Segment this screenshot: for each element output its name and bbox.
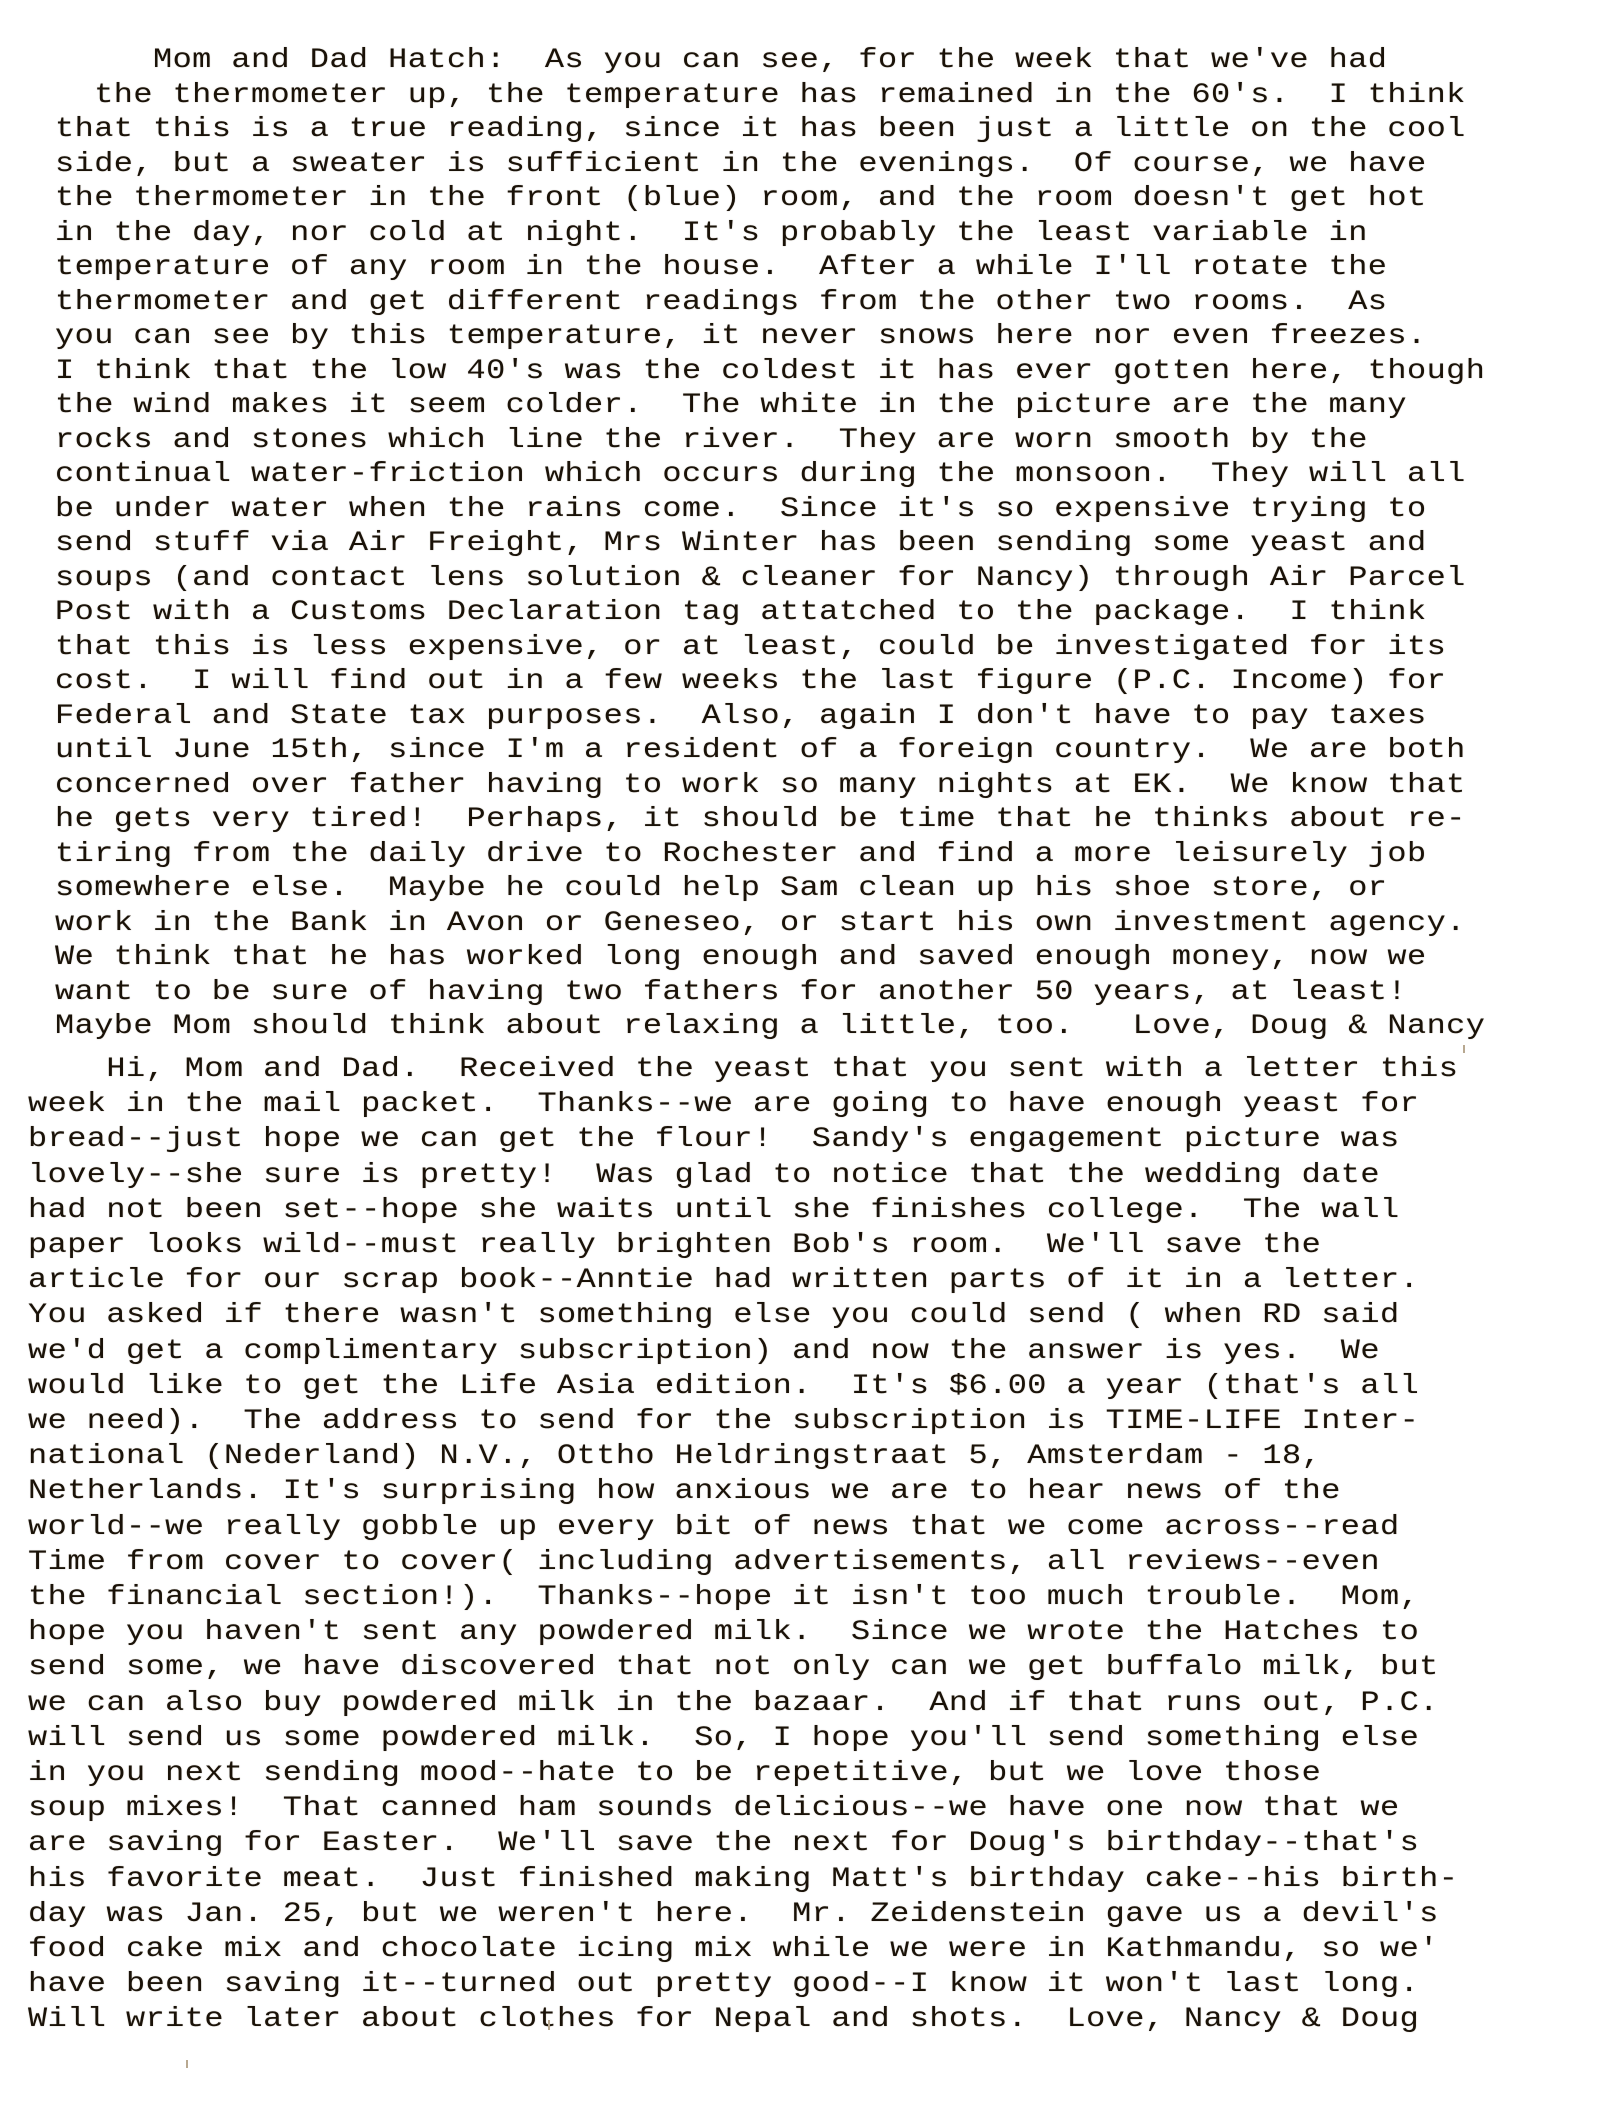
text-line: national (Nederland) N.V., Ottho Heldrin…: [28, 1440, 1321, 1473]
text-line: tiring from the daily drive to Rochester…: [55, 838, 1427, 871]
text-line: week in the mail packet. Thanks--we are …: [28, 1088, 1419, 1121]
text-line: article for our scrap book--Anntie had w…: [28, 1264, 1419, 1297]
text-line: world--we really gobble up every bit of …: [28, 1511, 1400, 1544]
text-line: We think that he has worked long enough …: [55, 941, 1427, 974]
text-line: Mom and Dad Hatch: As you can see, for t…: [55, 44, 1387, 77]
text-line: would like to get the Life Asia edition.…: [28, 1370, 1419, 1403]
text-line: the financial section!). Thanks--hope it…: [28, 1581, 1419, 1614]
text-line: are saving for Easter. We'll save the ne…: [28, 1827, 1419, 1860]
text-line: Maybe Mom should think about relaxing a …: [55, 1010, 1485, 1043]
text-line: have been saving it--turned out pretty g…: [28, 1968, 1419, 2001]
text-line: temperature of any room in the house. Af…: [55, 251, 1387, 284]
text-line: in the day, nor cold at night. It's prob…: [55, 217, 1368, 250]
text-line: day was Jan. 25, but we weren't here. Mr…: [28, 1898, 1439, 1931]
text-line: send some, we have discovered that not o…: [28, 1651, 1439, 1684]
text-line: Netherlands. It's surprising how anxious…: [28, 1475, 1341, 1508]
text-line: that this is a true reading, since it ha…: [55, 113, 1466, 146]
text-line: concerned over father having to work so …: [55, 769, 1466, 802]
text-line: send stuff via Air Freight, Mrs Winter h…: [55, 527, 1427, 560]
paper-speck: [186, 2060, 188, 2068]
text-line: we need). The address to send for the su…: [28, 1405, 1419, 1438]
text-line: You asked if there wasn't something else…: [28, 1299, 1400, 1332]
text-line: want to be sure of having two fathers fo…: [55, 976, 1407, 1009]
text-line: bread--just hope we can get the flour! S…: [28, 1123, 1400, 1156]
text-line: will send us some powdered milk. So, I h…: [28, 1722, 1419, 1755]
text-line: the thermometer up, the temperature has …: [55, 79, 1466, 112]
text-line: lovely--she sure is pretty! Was glad to …: [28, 1159, 1380, 1192]
text-line: thermometer and get different readings f…: [55, 286, 1387, 319]
text-line: Federal and State tax purposes. Also, ag…: [55, 700, 1427, 733]
text-line: we can also buy powdered milk in the baz…: [28, 1687, 1439, 1720]
text-line: food cake mix and chocolate icing mix wh…: [28, 1933, 1439, 1966]
paper-speck: [1463, 1045, 1465, 1053]
text-line: the thermometer in the front (blue) room…: [55, 182, 1427, 215]
text-line: soup mixes! That canned ham sounds delic…: [28, 1792, 1400, 1825]
text-line: had not been set--hope she waits until s…: [28, 1194, 1400, 1227]
text-line: Hi, Mom and Dad. Received the yeast that…: [28, 1053, 1458, 1086]
text-line: somewhere else. Maybe he could help Sam …: [55, 872, 1387, 905]
letter-page: Mom and Dad Hatch: As you can see, for t…: [0, 0, 1601, 2108]
text-line: Will write later about clothes for Nepal…: [28, 2003, 1419, 2036]
text-line: you can see by this temperature, it neve…: [55, 320, 1427, 353]
text-line: his favorite meat. Just finished making …: [28, 1863, 1458, 1896]
text-line: continual water-friction which occurs du…: [55, 458, 1466, 491]
text-line: side, but a sweater is sufficient in the…: [55, 148, 1427, 181]
text-line: until June 15th, since I'm a resident of…: [55, 734, 1466, 767]
text-line: rocks and stones which line the river. T…: [55, 424, 1368, 457]
text-line: we'd get a complimentary subscription) a…: [28, 1335, 1380, 1368]
text-line: hope you haven't sent any powdered milk.…: [28, 1616, 1419, 1649]
text-line: Post with a Customs Declaration tag atta…: [55, 596, 1427, 629]
text-line: paper looks wild--must really brighten B…: [28, 1229, 1321, 1262]
text-line: Time from cover to cover( including adve…: [28, 1546, 1380, 1579]
text-line: the wind makes it seem colder. The white…: [55, 389, 1407, 422]
text-line: work in the Bank in Avon or Geneseo, or …: [55, 907, 1466, 940]
text-line: soups (and contact lens solution & clean…: [55, 562, 1466, 595]
text-line: in you next sending mood--hate to be rep…: [28, 1757, 1321, 1790]
text-line: be under water when the rains come. Sinc…: [55, 493, 1427, 526]
text-line: he gets very tired! Perhaps, it should b…: [55, 803, 1466, 836]
text-line: that this is less expensive, or at least…: [55, 631, 1446, 664]
text-line: cost. I will find out in a few weeks the…: [55, 665, 1446, 698]
text-line: I think that the low 40's was the coldes…: [55, 355, 1485, 388]
paper-speck: [548, 2020, 550, 2030]
